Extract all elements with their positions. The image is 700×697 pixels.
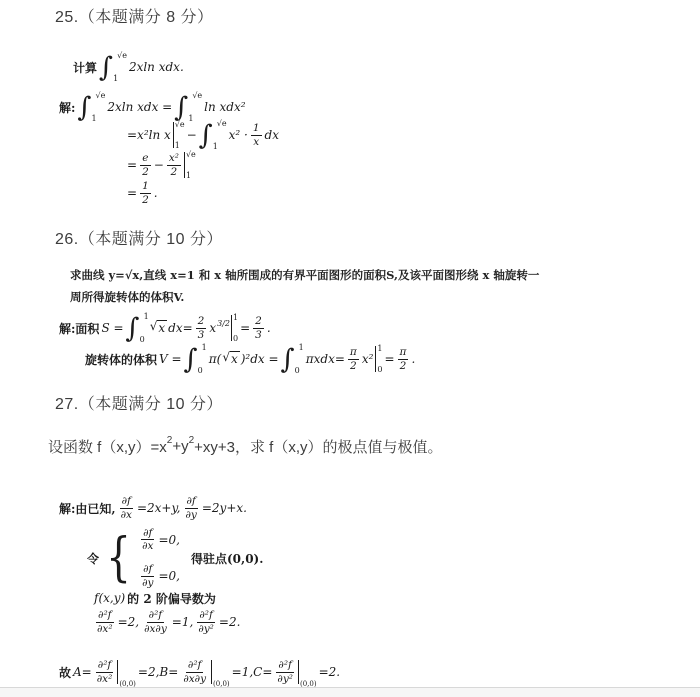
square-root: √x	[222, 351, 239, 367]
evaluation-bar-line	[375, 346, 376, 372]
question-25-solution-step-4: =12.	[126, 177, 159, 209]
evaluation-bar-line	[184, 152, 185, 178]
integral-lower-limit: 1	[213, 142, 227, 151]
math-text: S =	[100, 321, 124, 335]
math-text: =2,B=	[137, 665, 179, 679]
evaluation-limits: 10	[233, 313, 238, 343]
question-25-heading: 25.（本题满分 8 分）	[55, 4, 214, 27]
radical-symbol: √	[222, 351, 230, 364]
integral: ∫√e1	[99, 51, 127, 83]
math-text: =2.	[318, 665, 342, 679]
evaluation-upper-limit: 1	[377, 344, 382, 353]
integral: ∫10	[281, 343, 304, 375]
fraction-denominator: 3	[196, 329, 207, 342]
evaluation-upper-limit: √e	[175, 120, 185, 129]
question-27-problem: 设函数 f（x,y）=x2+y2+xy+3，求 f（x,y）的极点值与极值。	[48, 432, 443, 460]
fraction-numerator: 2	[253, 315, 264, 329]
math-text: 2xln xdx =	[106, 100, 173, 114]
integral-lower-limit: 0	[198, 366, 207, 375]
fraction-numerator: x²	[167, 152, 181, 166]
evaluation-lower-limit: 0	[377, 365, 382, 374]
fraction-numerator: ∂²f	[197, 609, 215, 623]
math-text: −	[153, 158, 165, 172]
integral-symbol: ∫	[99, 54, 113, 81]
question-27-heading: 27.（本题满分 10 分）	[55, 391, 223, 414]
integral: ∫√e1	[77, 91, 105, 123]
fraction-denominator: ∂x∂y	[142, 623, 169, 636]
fraction-numerator: 2	[196, 315, 207, 329]
integral-upper-limit: √e	[96, 91, 106, 100]
evaluation-limits: (0,0)	[119, 656, 136, 688]
evaluation-lower-limit: 1	[186, 171, 196, 180]
integral: ∫10	[184, 343, 207, 375]
evaluation-bar-line	[117, 660, 118, 684]
math-text: π(	[208, 352, 223, 366]
math-text: =	[239, 321, 251, 335]
equation-row-2: ∂f∂y=0,	[138, 563, 181, 589]
fraction-numerator: 1	[140, 180, 151, 194]
math-text: =2x+y,	[136, 501, 182, 515]
math-text: =2,	[117, 615, 141, 629]
math-text: =	[126, 186, 138, 200]
math-text: =2y+x.	[201, 501, 248, 515]
fraction-denominator: 2	[140, 194, 151, 207]
math-fraction: ∂²f∂y²	[196, 609, 216, 635]
integral-upper-limit: 1	[144, 312, 149, 321]
evaluation-bar: 10	[231, 313, 238, 343]
math-label: 解:面积	[58, 320, 100, 337]
fraction-numerator: ∂²f	[96, 609, 114, 623]
evaluation-limits: √e1	[175, 120, 185, 150]
math-text: =	[126, 158, 138, 172]
math-fraction: ∂²f∂x∂y	[181, 659, 208, 685]
math-text: V =	[158, 352, 183, 366]
question-26-solution-volume: 旋转体的体积 V = ∫10π(√x)²dx = ∫10πxdx=π2x²10=…	[84, 341, 416, 377]
evaluation-limits: (0,0)	[213, 656, 230, 688]
cases-conclusion: 得驻点(0,0).	[190, 550, 264, 567]
math-text: =1,	[171, 615, 195, 629]
math-fraction: π2	[348, 346, 359, 372]
math-fraction: ∂²f∂y²	[275, 659, 295, 685]
math-fraction: 23	[196, 315, 207, 341]
math-label: 故	[58, 664, 72, 681]
math-text: f(x,y)	[93, 591, 126, 605]
math-label: 解:	[58, 99, 76, 116]
exam-solutions-page: 25.（本题满分 8 分） 计算 ∫√e12xln xdx. 解:∫√e12xl…	[0, 0, 700, 697]
integral-symbol: ∫	[184, 346, 198, 373]
integral-lower-limit: 1	[92, 114, 106, 123]
integral-limits: 10	[296, 343, 304, 375]
integral-symbol: ∫	[126, 315, 140, 342]
math-text: =1,C=	[231, 665, 274, 679]
integral-limits: 10	[141, 312, 149, 344]
math-text: .	[153, 186, 159, 200]
fraction-numerator: ∂²f	[147, 609, 165, 623]
integral-limits: √e1	[214, 119, 227, 151]
fraction-denominator: 2	[348, 360, 359, 373]
equation-row-1: ∂f∂x=0,	[138, 527, 181, 553]
fraction-numerator: e	[140, 152, 150, 166]
evaluation-bar: 10	[375, 344, 382, 374]
square-root: √x	[150, 320, 167, 336]
evaluation-bar-line	[173, 122, 174, 148]
math-fraction: ∂²f∂x∂y	[142, 609, 169, 635]
math-fraction: 1x	[251, 122, 262, 148]
equation-system: ∂f∂x=0, ∂f∂y=0,	[138, 527, 181, 589]
evaluation-bar-line	[211, 660, 212, 684]
math-label: 设函数 f（x,y）=x	[48, 436, 167, 457]
integral-symbol: ∫	[77, 94, 91, 121]
evaluation-limits: 10	[377, 344, 382, 374]
math-superscript: 2	[189, 435, 195, 446]
question-27-second-derivatives: ∂²f∂x²=2,∂²f∂x∂y=1,∂²f∂y²=2.	[93, 604, 241, 640]
fraction-denominator: ∂x²	[95, 673, 115, 686]
math-text: x²	[361, 352, 375, 366]
integral: ∫10	[126, 312, 149, 344]
question-27-solution-partials: 解:由已知,∂f∂x=2x+y,∂f∂y=2y+x.	[58, 490, 248, 526]
fraction-denominator: ∂y²	[275, 673, 295, 686]
math-text: .	[266, 321, 272, 335]
evaluation-bar: √e1	[184, 150, 196, 180]
math-text: )²dx =	[240, 352, 280, 366]
evaluation-limits: (0,0)	[300, 656, 317, 688]
math-fraction: ∂f∂y	[140, 563, 155, 589]
evaluation-bar: (0,0)	[117, 656, 136, 688]
math-text: =0,	[157, 533, 181, 547]
radicand: x	[157, 320, 167, 336]
fraction-numerator: ∂f	[141, 527, 154, 541]
fraction-numerator: ∂²f	[186, 659, 204, 673]
integral: ∫√e1	[199, 119, 227, 151]
math-text: =	[383, 352, 395, 366]
integral-symbol: ∫	[281, 346, 295, 373]
radical-symbol: √	[150, 320, 158, 333]
math-text: dx=	[167, 321, 194, 335]
question-26-problem-line-1: 求曲线 y=√x,直线 x=1 和 x 轴所围成的有界平面图形的面积S,及该平面…	[70, 267, 539, 283]
math-text: =2.	[218, 615, 242, 629]
evaluation-bar: (0,0)	[298, 656, 317, 688]
math-fraction: e2	[140, 152, 151, 178]
math-text: πxdx=	[305, 352, 346, 366]
fraction-denominator: 2	[169, 166, 180, 179]
evaluation-bar: √e1	[173, 120, 185, 150]
math-fraction: ∂f∂x	[140, 527, 155, 553]
evaluation-bar-line	[231, 315, 232, 341]
fraction-denominator: ∂x	[140, 540, 155, 553]
math-text: dx	[264, 128, 280, 142]
math-fraction: 23	[253, 315, 264, 341]
math-label: +y	[172, 438, 188, 455]
math-label: 计算	[72, 59, 98, 76]
fraction-denominator: x	[251, 136, 261, 149]
math-label: 得驻点(0,0).	[190, 550, 264, 567]
math-text: x	[208, 321, 217, 335]
integral-upper-limit: √e	[117, 51, 127, 60]
integral-upper-limit: √e	[192, 91, 202, 100]
integral-limits: √e1	[93, 91, 106, 123]
fraction-denominator: ∂x	[119, 509, 134, 522]
fraction-numerator: ∂²f	[276, 659, 294, 673]
question-26-problem-line-2: 周所得旋转体的体积V.	[70, 289, 184, 305]
page-bottom-divider	[0, 687, 700, 697]
evaluation-upper-limit: 1	[233, 313, 238, 322]
evaluation-bar: (0,0)	[211, 656, 230, 688]
evaluation-limits: √e1	[186, 150, 196, 180]
math-fraction: ∂f∂y	[183, 495, 198, 521]
fraction-numerator: ∂²f	[96, 659, 114, 673]
math-fraction: ∂f∂x	[119, 495, 134, 521]
math-text: A=	[72, 665, 93, 679]
fraction-denominator: ∂x²	[95, 623, 115, 636]
cases-lead-text: 令	[86, 550, 100, 567]
math-text: =0,	[157, 569, 181, 583]
evaluation-upper-limit: √e	[186, 150, 196, 159]
math-label: 令	[86, 550, 100, 567]
question-26-heading: 26.（本题满分 10 分）	[55, 226, 223, 249]
integral-limits: √e1	[114, 51, 127, 83]
question-25-problem: 计算 ∫√e12xln xdx.	[72, 46, 185, 88]
integral-upper-limit: 1	[202, 343, 207, 352]
math-fraction: 12	[140, 180, 151, 206]
math-text: ln xdx²	[203, 100, 246, 114]
fraction-denominator: ∂x∂y	[181, 673, 208, 686]
fraction-denominator: 3	[253, 329, 264, 342]
math-text: 2xln xdx.	[128, 60, 185, 74]
math-fraction: ∂²f∂x²	[95, 659, 115, 685]
fraction-denominator: 2	[398, 360, 409, 373]
fraction-denominator: ∂y	[140, 577, 155, 590]
math-text: =x²ln x	[126, 128, 172, 142]
fraction-numerator: ∂f	[185, 495, 198, 509]
math-superscript: 3/2	[217, 319, 230, 328]
integral-symbol: ∫	[199, 122, 213, 149]
math-label: 旋转体的体积	[84, 351, 158, 368]
math-fraction: x²2	[167, 152, 181, 178]
math-text: .	[410, 352, 416, 366]
left-brace-symbol: {	[106, 532, 131, 584]
math-label: 解:由已知,	[58, 500, 117, 517]
math-fraction: π2	[398, 346, 409, 372]
question-27-abc-values: 故 A=∂²f∂x²(0,0)=2,B=∂²f∂x∂y(0,0)=1,C=∂²f…	[58, 652, 341, 692]
integral-limits: 10	[199, 343, 207, 375]
fraction-denominator: ∂y²	[196, 623, 216, 636]
fraction-numerator: π	[348, 346, 359, 360]
math-fraction: ∂²f∂x²	[95, 609, 115, 635]
fraction-denominator: ∂y	[183, 509, 198, 522]
fraction-numerator: ∂f	[120, 495, 133, 509]
question-27-stationary-point-system: 令 { ∂f∂x=0, ∂f∂y=0, 得驻点(0,0).	[86, 527, 264, 589]
integral-lower-limit: 1	[113, 74, 127, 83]
math-text: x² ·	[228, 128, 249, 142]
fraction-numerator: π	[398, 346, 409, 360]
radicand: x	[230, 351, 240, 367]
evaluation-bar-line	[298, 660, 299, 684]
integral-lower-limit: 0	[295, 366, 304, 375]
fraction-numerator: ∂f	[141, 563, 154, 577]
math-text: −	[186, 128, 198, 142]
math-superscript: 2	[167, 435, 173, 446]
integral-upper-limit: √e	[217, 119, 227, 128]
math-label: +xy+3，求 f（x,y）的极点值与极值。	[194, 436, 442, 457]
integral-upper-limit: 1	[299, 343, 304, 352]
fraction-numerator: 1	[251, 122, 262, 136]
